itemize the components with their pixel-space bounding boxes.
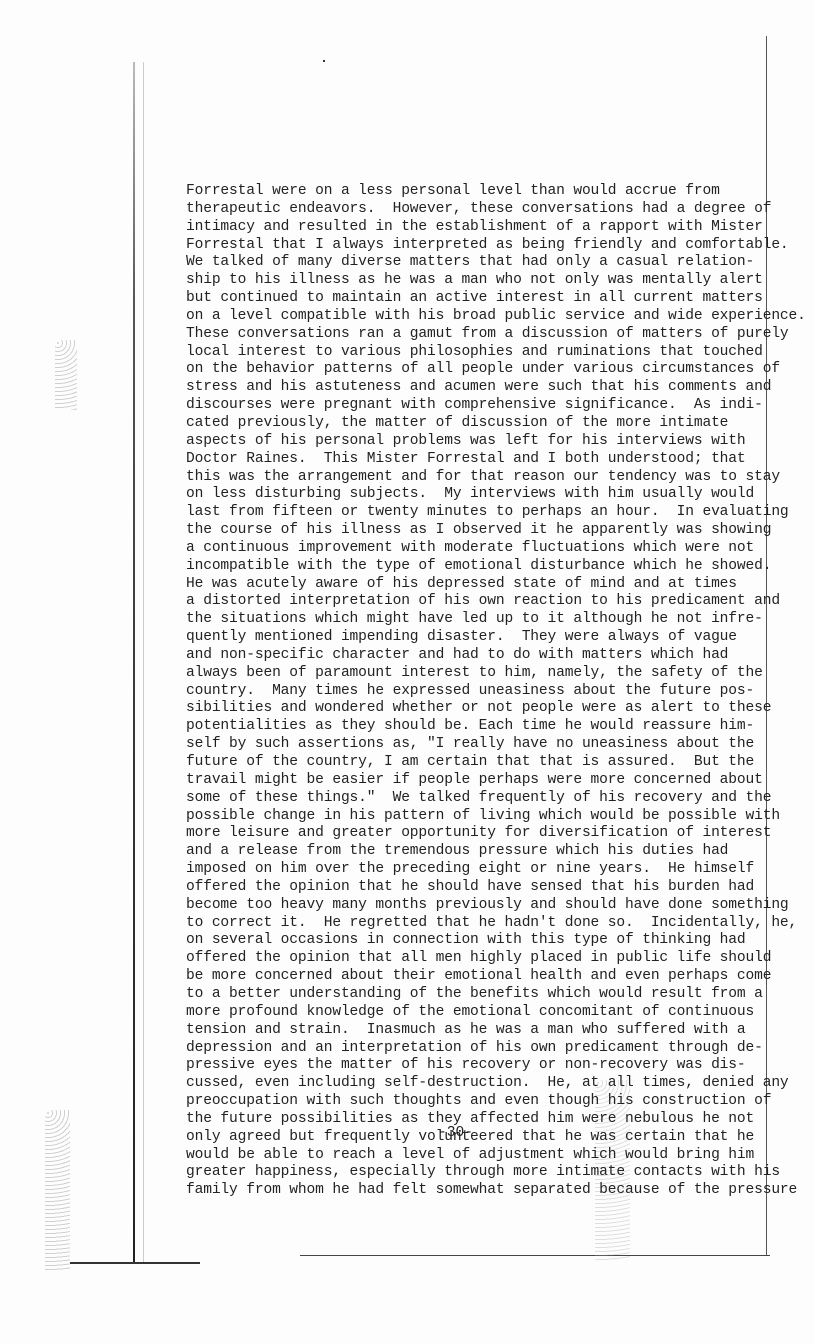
text-line: more leisure and greater opportunity for… bbox=[186, 825, 786, 843]
text-line: Doctor Raines. This Mister Forrestal and… bbox=[186, 451, 786, 469]
text-line: and non-specific character and had to do… bbox=[186, 647, 786, 665]
page-number: -30- bbox=[438, 1125, 473, 1141]
text-line: quently mentioned impending disaster. Th… bbox=[186, 629, 786, 647]
scan-noise bbox=[45, 1110, 70, 1270]
text-line: aspects of his personal problems was lef… bbox=[186, 433, 786, 451]
text-line: future of the country, I am certain that… bbox=[186, 754, 786, 772]
text-line: be more concerned about their emotional … bbox=[186, 968, 786, 986]
text-line: the situations which might have led up t… bbox=[186, 611, 786, 629]
text-line: Forrestal were on a less personal level … bbox=[186, 183, 786, 201]
bottom-edge-left bbox=[70, 1262, 200, 1264]
text-line: greater happiness, especially through mo… bbox=[186, 1164, 786, 1182]
text-line: to a better understanding of the benefit… bbox=[186, 986, 786, 1004]
document-page: Forrestal were on a less personal level … bbox=[0, 0, 815, 1344]
text-line: but continued to maintain an active inte… bbox=[186, 290, 786, 308]
text-line: more profound knowledge of the emotional… bbox=[186, 1004, 786, 1022]
text-line: self by such assertions as, "I really ha… bbox=[186, 736, 786, 754]
text-line: on several occasions in connection with … bbox=[186, 932, 786, 950]
text-line: tension and strain. Inasmuch as he was a… bbox=[186, 1022, 786, 1040]
text-line: a continuous improvement with moderate f… bbox=[186, 540, 786, 558]
text-line: to correct it. He regretted that he hadn… bbox=[186, 915, 786, 933]
left-margin-shadow bbox=[143, 62, 144, 1262]
text-line: stress and his astuteness and acumen wer… bbox=[186, 379, 786, 397]
text-line: a distorted interpretation of his own re… bbox=[186, 593, 786, 611]
text-line: therapeutic endeavors. However, these co… bbox=[186, 201, 786, 219]
scan-speck bbox=[323, 60, 325, 62]
bottom-edge-right bbox=[300, 1255, 770, 1256]
text-line: country. Many times he expressed uneasin… bbox=[186, 683, 786, 701]
text-line: cated previously, the matter of discussi… bbox=[186, 415, 786, 433]
text-line: ship to his illness as he was a man who … bbox=[186, 272, 786, 290]
text-line: this was the arrangement and for that re… bbox=[186, 469, 786, 487]
body-text: Forrestal were on a less personal level … bbox=[186, 183, 786, 1200]
text-line: on the behavior patterns of all people u… bbox=[186, 361, 786, 379]
text-line: These conversations ran a gamut from a d… bbox=[186, 326, 786, 344]
text-line: local interest to various philosophies a… bbox=[186, 344, 786, 362]
text-line: on a level compatible with his broad pub… bbox=[186, 308, 786, 326]
text-line: last from fifteen or twenty minutes to p… bbox=[186, 504, 786, 522]
text-line: imposed on him over the preceding eight … bbox=[186, 861, 786, 879]
text-line: on less disturbing subjects. My intervie… bbox=[186, 486, 786, 504]
text-line: and a release from the tremendous pressu… bbox=[186, 843, 786, 861]
text-line: the future possibilities as they affecte… bbox=[186, 1111, 786, 1129]
text-line: sibilities and wondered whether or not p… bbox=[186, 700, 786, 718]
text-line: offered the opinion that all men highly … bbox=[186, 950, 786, 968]
text-line: Forrestal that I always interpreted as b… bbox=[186, 237, 786, 255]
text-line: would be able to reach a level of adjust… bbox=[186, 1147, 786, 1165]
text-line: become too heavy many months previously … bbox=[186, 897, 786, 915]
text-line: always been of paramount interest to him… bbox=[186, 665, 786, 683]
text-line: possible change in his pattern of living… bbox=[186, 808, 786, 826]
text-line: some of these things." We talked frequen… bbox=[186, 790, 786, 808]
text-line: the course of his illness as I observed … bbox=[186, 522, 786, 540]
scan-noise bbox=[55, 340, 77, 410]
text-line: He was acutely aware of his depressed st… bbox=[186, 576, 786, 594]
text-line: potentialities as they should be. Each t… bbox=[186, 718, 786, 736]
text-line: family from whom he had felt somewhat se… bbox=[186, 1182, 786, 1200]
text-line: depression and an interpretation of his … bbox=[186, 1040, 786, 1058]
text-line: We talked of many diverse matters that h… bbox=[186, 254, 786, 272]
text-line: discourses were pregnant with comprehens… bbox=[186, 397, 786, 415]
text-line: incompatible with the type of emotional … bbox=[186, 558, 786, 576]
text-line: preoccupation with such thoughts and eve… bbox=[186, 1093, 786, 1111]
left-margin-rule bbox=[133, 62, 135, 1262]
text-line: offered the opinion that he should have … bbox=[186, 879, 786, 897]
text-line: only agreed but frequently volunteered t… bbox=[186, 1129, 786, 1147]
text-line: intimacy and resulted in the establishme… bbox=[186, 219, 786, 237]
text-line: travail might be easier if people perhap… bbox=[186, 772, 786, 790]
text-line: pressive eyes the matter of his recovery… bbox=[186, 1057, 786, 1075]
text-line: cussed, even including self-destruction.… bbox=[186, 1075, 786, 1093]
